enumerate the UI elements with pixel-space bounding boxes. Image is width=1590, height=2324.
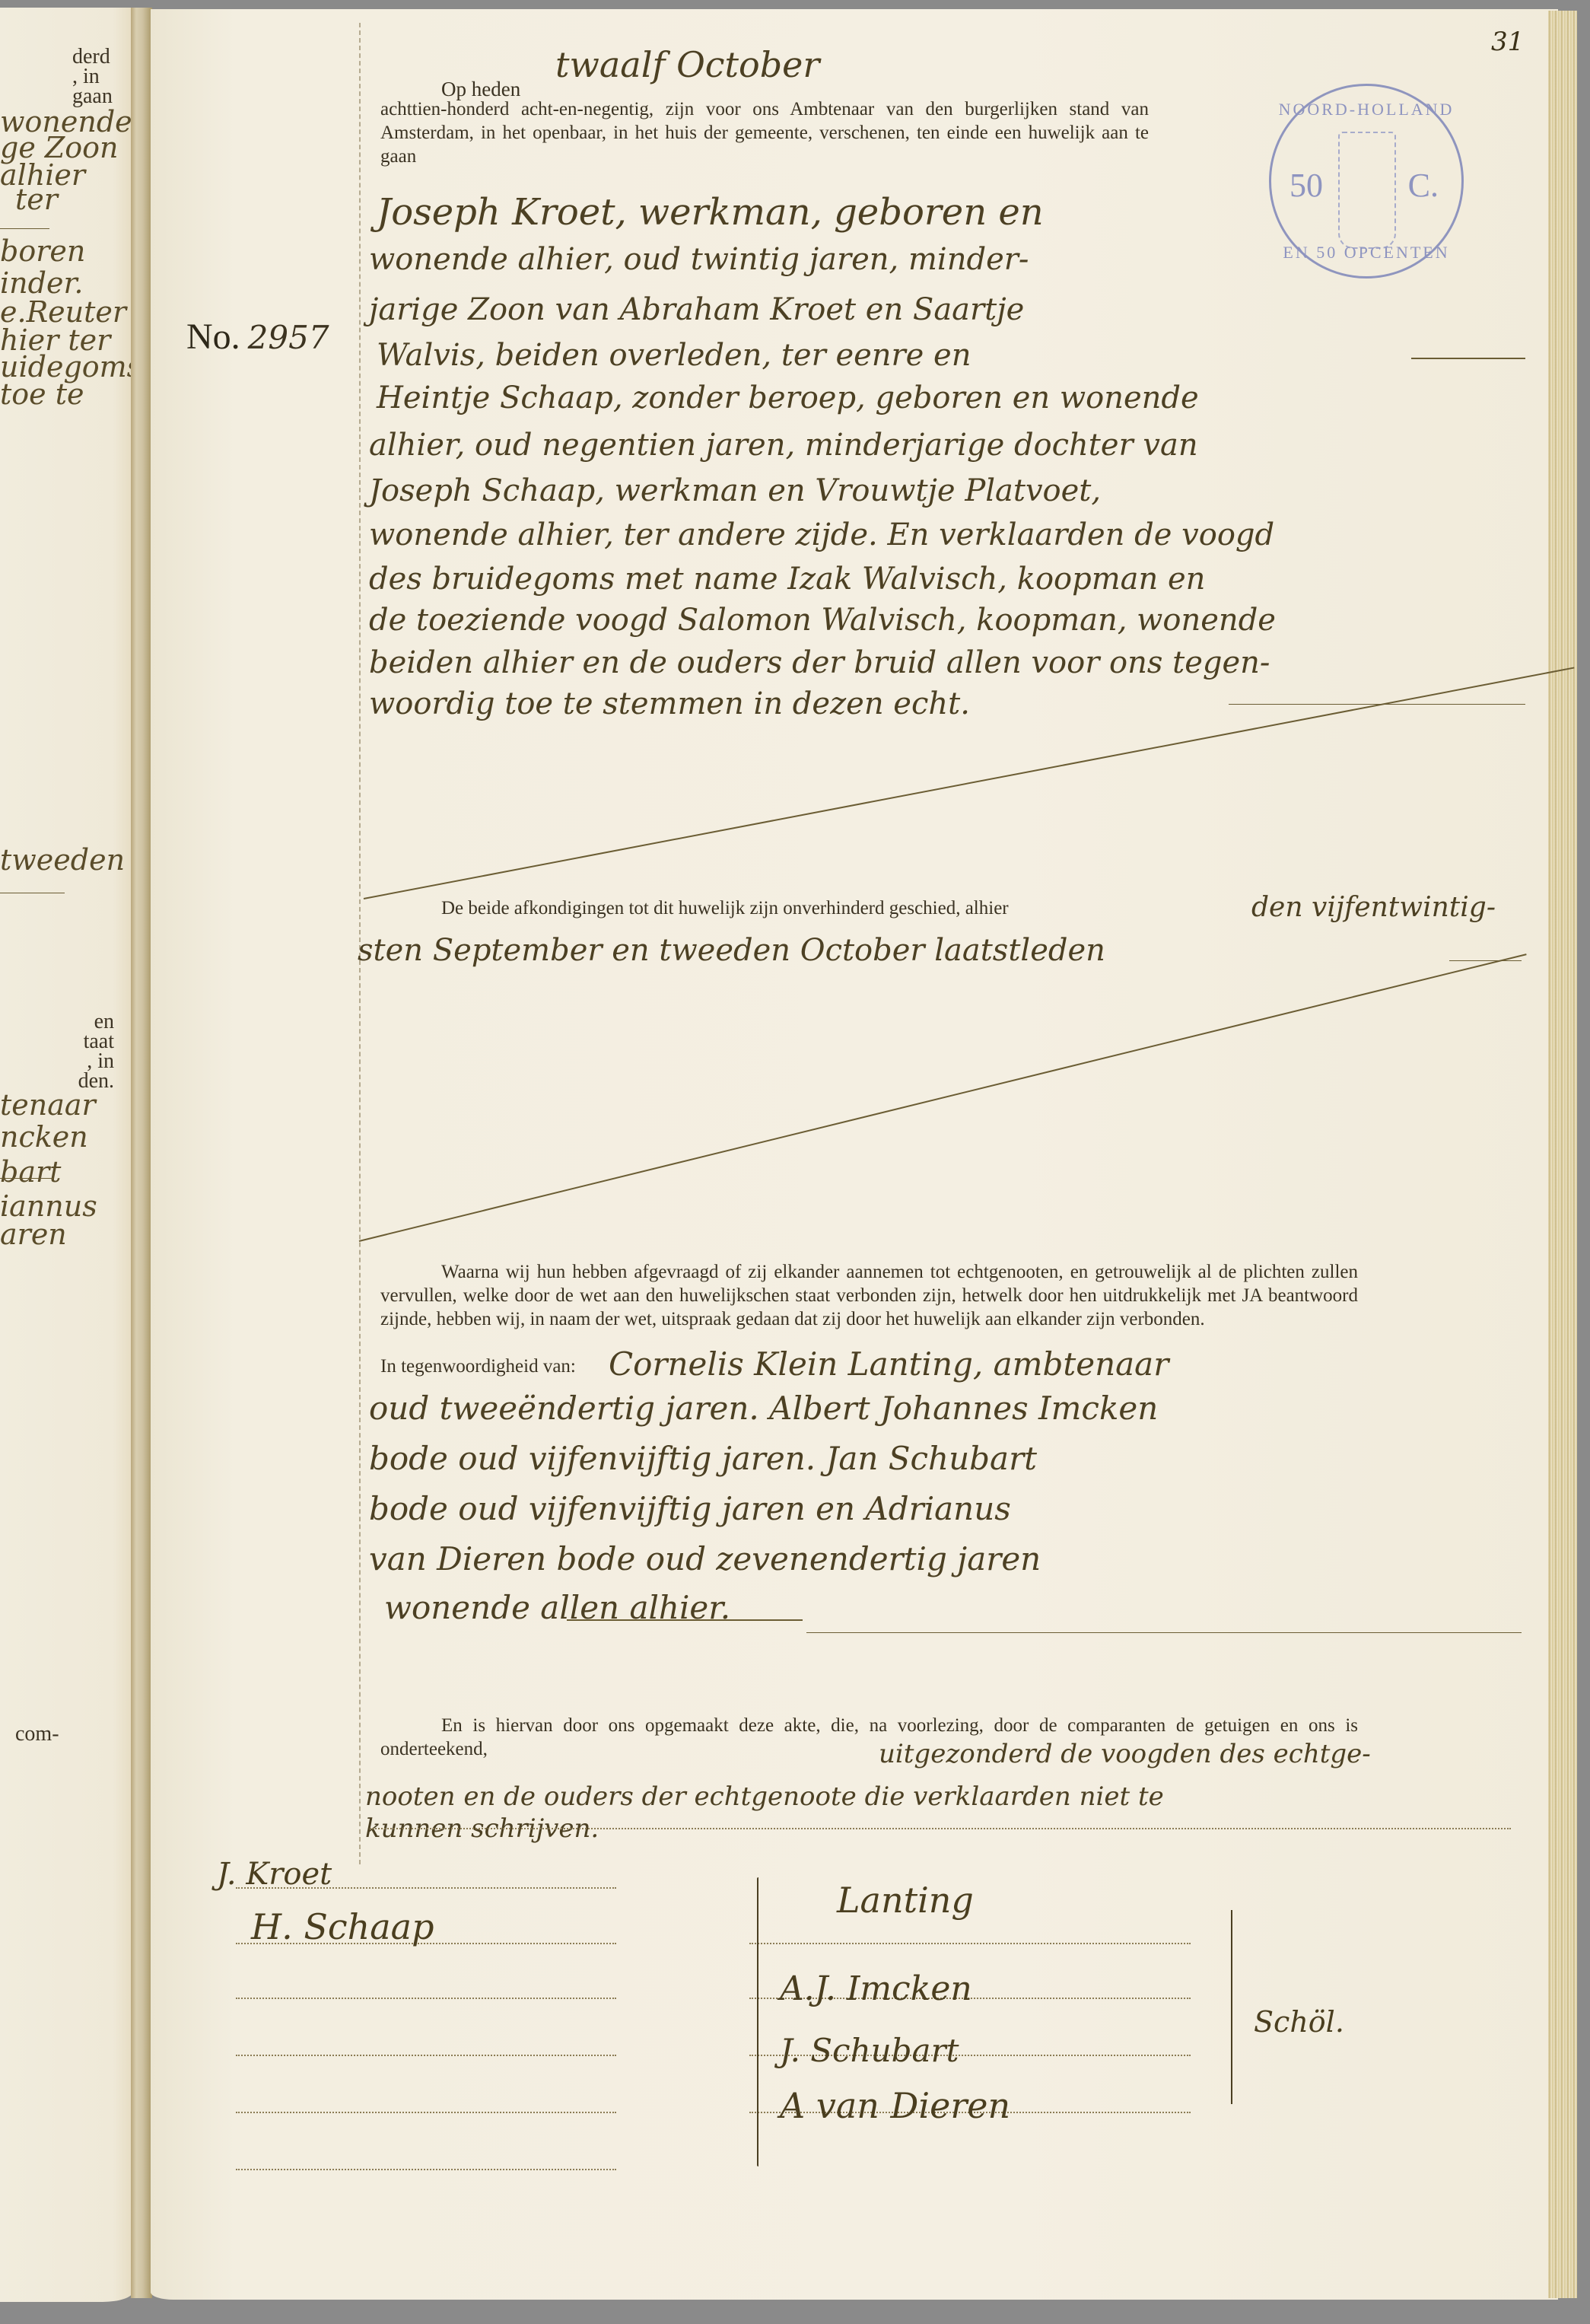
opening-hand-line: des bruidegoms met name Izak Walvisch, k… [369,562,1205,597]
stamp-bottom-text: EN 50 OPCENTEN [1271,243,1461,263]
act-number: No.2957 [186,316,329,358]
left-handwritten-fragment: aren [0,1218,67,1251]
left-rule [0,228,49,229]
dotted-guide [370,1828,1511,1829]
signature-line [236,2169,616,2170]
opening-hand-line: de toeziende voogd Salomon Walvisch, koo… [369,603,1276,638]
fill-rule [1449,960,1522,961]
left-rule [0,893,65,893]
closing-hand-line: nooten en de ouders der echtgenoote die … [365,1779,1164,1814]
marriage-date: twaalf October [555,47,819,82]
act-number-prefix: No. [186,317,240,357]
left-handwritten-fragment: ter [15,183,58,216]
signature-line [236,1998,616,1999]
signature-line [749,1943,1191,1944]
stamp-unit: C. [1408,166,1439,205]
witness-lead: In tegenwoordigheid van: [380,1355,576,1378]
page-folio-number: 31 [1491,27,1524,57]
opening-hand-line: Joseph Schaap, werkman en Vrouwtje Platv… [369,473,1101,508]
left-page-fragment: derd , in gaan wonende ge Zoon alhier te… [0,8,133,2302]
proclamations-printed-text: De beide afkondigingen tot dit huwelijk … [441,896,1009,920]
fill-rule [567,1619,803,1621]
fill-rule [1411,358,1525,359]
left-handwritten-fragment: toe te [0,377,84,411]
opening-hand-line: alhier, oud negentien jaren, minderjarig… [369,428,1198,463]
signature-witness: A van Dieren [780,2085,1010,2126]
tax-stamp: NOORD-HOLLAND 50 C. EN 50 OPCENTEN [1269,84,1464,279]
signature-official: Schöl. [1254,2005,1344,2039]
act-number-value: 2957 [248,319,329,356]
signature-bride: H. Schaap [251,1906,434,1947]
ceremony-hand-line: van Dieren bode oud zevenendertig jaren [369,1542,1041,1577]
ceremony-hand-inline: Cornelis Klein Lanting, ambtenaar [609,1347,1169,1382]
ceremony-printed-text: Waarna wij hun hebben afgevraagd of zij … [380,1260,1358,1331]
opening-hand-line: woordig toe te stemmen in dezen echt. [369,686,970,721]
closing-hand-inline: uitgezonderd de voogden des echtge- [879,1737,1371,1772]
left-printed-fragment: com- [15,1721,59,1746]
ceremony-hand-line: bode oud vijfenvijftig jaren en Adrianus [369,1491,1011,1527]
ceremony-hand-line: oud tweeëndertig jaren. Albert Johannes … [369,1391,1158,1426]
signature-line [236,2055,616,2056]
opening-printed-text: achttien-honderd acht-en-negentig, zijn … [380,97,1149,168]
page-edges [1548,11,1577,2298]
opening-hand-line: beiden alhier en de ouders der bruid all… [369,645,1270,680]
opening-hand-line: wonende alhier, oud twintig jaren, minde… [369,242,1029,277]
opening-hand-line: wonende alhier, ter andere zijde. En ver… [369,517,1274,552]
left-handwritten-fragment: tweeden [0,843,125,877]
witness-brace-left [757,1877,758,2166]
stamp-top-text: NOORD-HOLLAND [1271,100,1461,119]
crest-icon [1338,132,1396,249]
signature-witness: Lanting [837,1880,974,1921]
opening-hand-line: Walvis, beiden overleden, ter eenre en [377,338,971,373]
signature-line [236,2112,616,2113]
signature-witness: A.J. Imcken [780,1969,972,2008]
left-handwritten-fragment: bart [0,1155,61,1189]
opening-hand-line: Joseph Kroet, werkman, geboren en [377,195,1044,230]
stamp-value: 50 [1289,166,1323,205]
proclamations-hand-line: sten September en tweeden October laatst… [358,933,1105,968]
ceremony-hand-line: bode oud vijfenvijftig jaren. Jan Schuba… [369,1441,1037,1476]
opening-hand-line: Heintje Schaap, zonder beroep, geboren e… [377,380,1199,415]
left-rule [0,1178,53,1179]
book-gutter [131,8,152,2298]
fill-rule [806,1632,1522,1633]
witness-brace-right [1231,1910,1232,2104]
left-handwritten-fragment: ncken [0,1120,88,1154]
proclamations-hand-inline: den vijfentwintig- [1251,890,1496,925]
signature-witness: J. Schubart [780,2032,959,2069]
left-handwritten-fragment: boren [0,234,85,268]
signature-groom: J. Kroet [217,1857,332,1892]
opening-hand-line: jarige Zoon van Abraham Kroet en Saartje [369,292,1024,327]
left-handwritten-fragment: tenaar [0,1088,96,1122]
